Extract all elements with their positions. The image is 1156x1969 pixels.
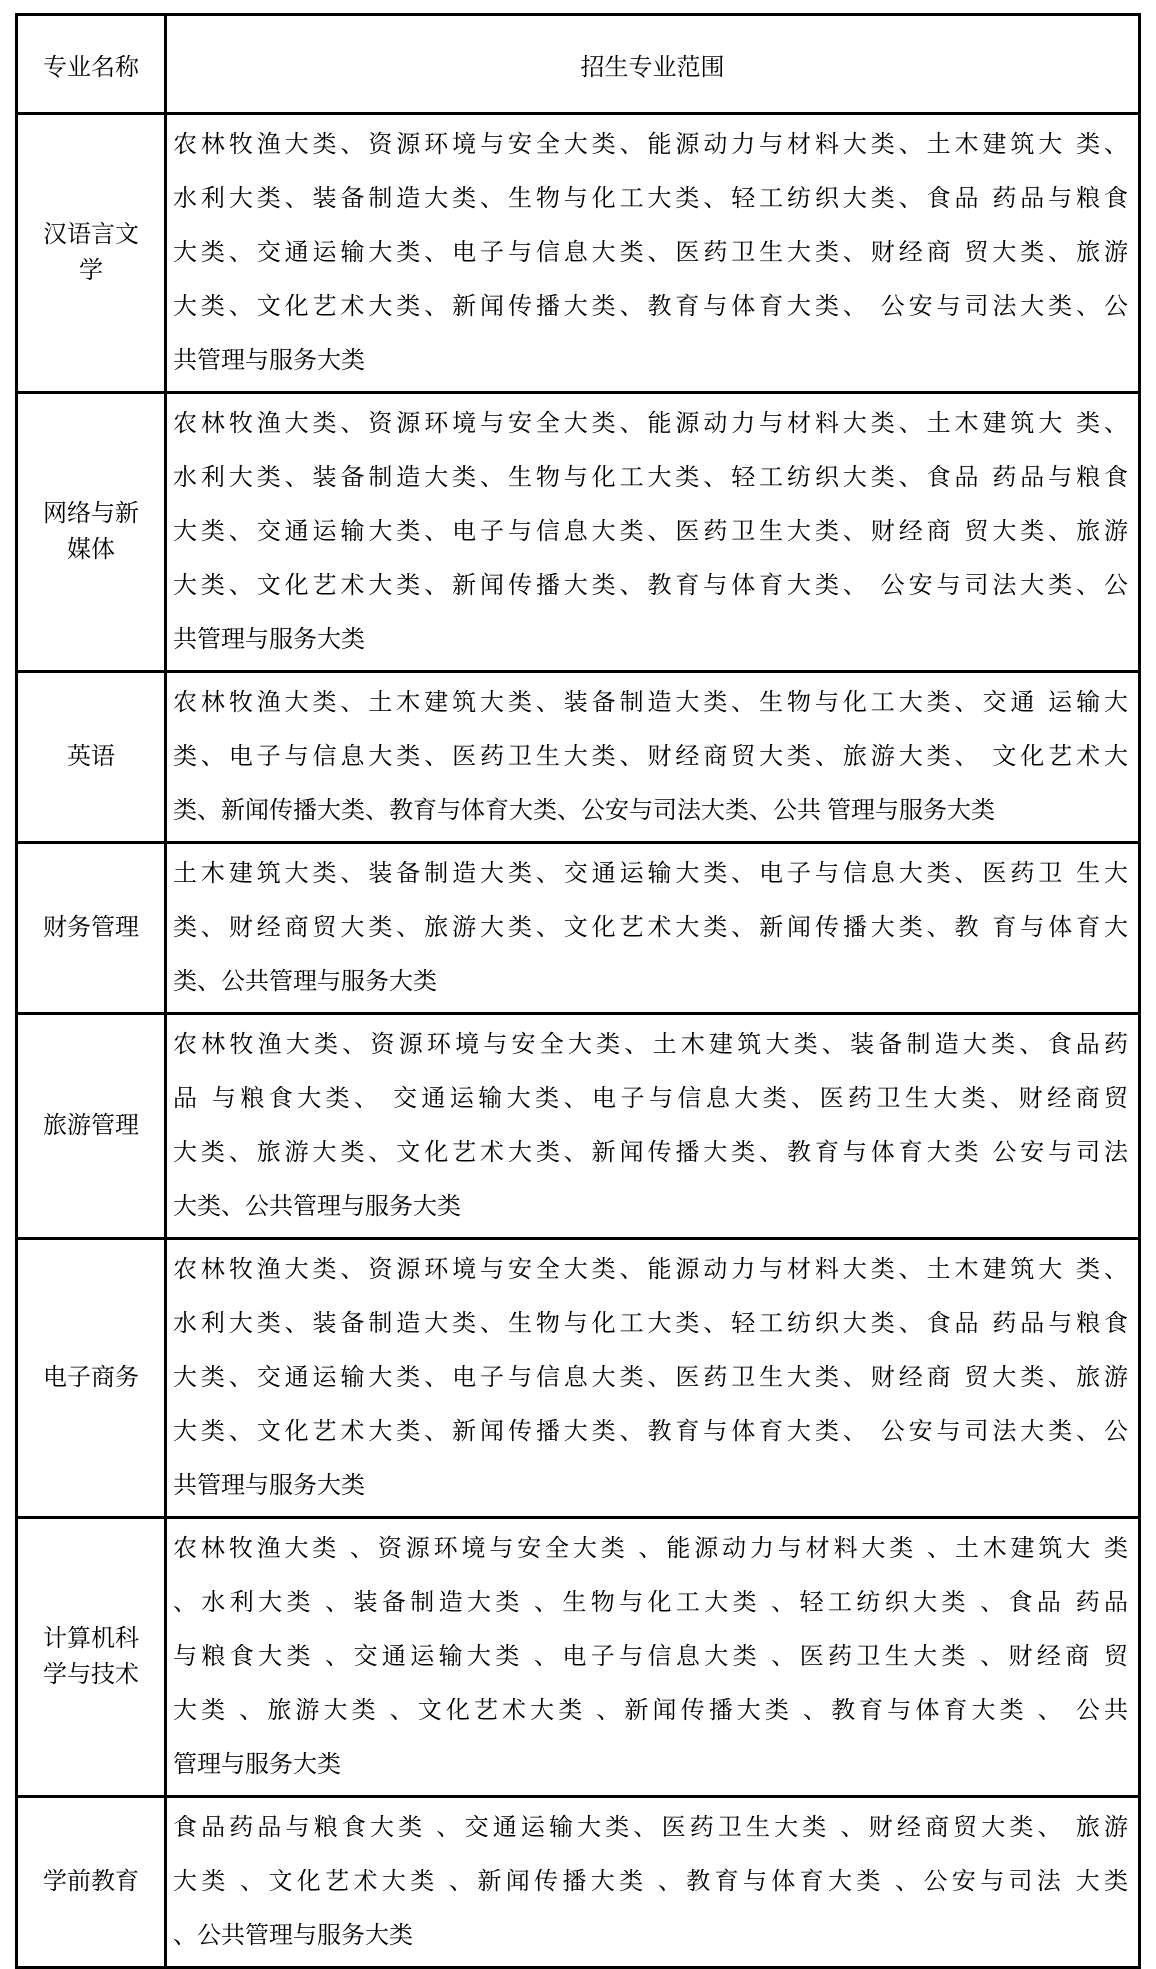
table-row: 计算机科学与技术农林牧渔大类 、资源环境与安全大类 、能源动力与材料大类 、土木… <box>17 1518 1140 1797</box>
table-row: 电子商务农林牧渔大类、资源环境与安全大类、能源动力与材料大类、土木建筑大 类、水… <box>17 1239 1140 1518</box>
scope-cell: 土木建筑大类、装备制造大类、交通运输大类、电子与信息大类、医药卫 生大类、财经商… <box>166 843 1140 1014</box>
scope-text-line: 农林牧渔大类、资源环境与安全大类、能源动力与材料大类、土木建筑大 类、 <box>173 1243 1128 1297</box>
scope-text-line: 大类、交通运输大类、电子与信息大类、医药卫生大类、财经商 贸大类、旅游 <box>173 505 1128 559</box>
scope-text-line: 大类、公共管理与服务大类 <box>173 1180 1128 1234</box>
major-name-cell: 英语 <box>17 672 166 843</box>
scope-text-line: 土木建筑大类、装备制造大类、交通运输大类、电子与信息大类、医药卫 生大 <box>173 847 1128 901</box>
scope-text-line: 、水利大类 、装备制造大类 、生物与化工大类 、轻工纺织大类 、食品 药品 <box>173 1576 1128 1630</box>
scope-text-line: 农林牧渔大类、资源环境与安全大类、土木建筑大类、装备制造大类、食品药 <box>173 1018 1128 1072</box>
majors-table: 专业名称 招生专业范围 汉语言文学农林牧渔大类、资源环境与安全大类、能源动力与材… <box>15 13 1141 1969</box>
scope-text-line: 食品药品与粮食大类 、交通运输大类、医药卫生大类 、财经商贸大类、 旅游 <box>173 1801 1128 1855</box>
header-row: 专业名称 招生专业范围 <box>17 15 1140 114</box>
scope-text-line: 类、新闻传播大类、教育与体育大类、公安与司法大类、公共 管理与服务大类 <box>173 784 1128 838</box>
document-page: 专业名称 招生专业范围 汉语言文学农林牧渔大类、资源环境与安全大类、能源动力与材… <box>0 0 1156 1969</box>
table-row: 财务管理土木建筑大类、装备制造大类、交通运输大类、电子与信息大类、医药卫 生大类… <box>17 843 1140 1014</box>
major-name-cell: 电子商务 <box>17 1239 166 1518</box>
scope-text-line: 水利大类、装备制造大类、生物与化工大类、轻工纺织大类、食品 药品与粮食 <box>173 172 1128 226</box>
table-row: 学前教育食品药品与粮食大类 、交通运输大类、医药卫生大类 、财经商贸大类、 旅游… <box>17 1797 1140 1968</box>
scope-text-line: 大类、文化艺术大类、新闻传播大类、教育与体育大类、 公安与司法大类、公 <box>173 559 1128 613</box>
scope-text-line: 大类 、旅游大类 、文化艺术大类 、新闻传播大类 、教育与体育大类 、 公共 <box>173 1684 1128 1738</box>
scope-text-line: 共管理与服务大类 <box>173 1459 1128 1513</box>
scope-text-line: 类、公共管理与服务大类 <box>173 955 1128 1009</box>
scope-text-line: 大类、文化艺术大类、新闻传播大类、教育与体育大类、 公安与司法大类、公 <box>173 280 1128 334</box>
major-name-cell: 网络与新媒体 <box>17 393 166 672</box>
scope-text-line: 大类、文化艺术大类、新闻传播大类、教育与体育大类、 公安与司法大类、公 <box>173 1405 1128 1459</box>
scope-cell: 农林牧渔大类、资源环境与安全大类、能源动力与材料大类、土木建筑大 类、水利大类、… <box>166 393 1140 672</box>
header-major-name: 专业名称 <box>17 15 166 114</box>
scope-cell: 农林牧渔大类、资源环境与安全大类、能源动力与材料大类、土木建筑大 类、水利大类、… <box>166 1239 1140 1518</box>
scope-cell: 农林牧渔大类、土木建筑大类、装备制造大类、生物与化工大类、交通 运输大类、电子与… <box>166 672 1140 843</box>
table-row: 英语农林牧渔大类、土木建筑大类、装备制造大类、生物与化工大类、交通 运输大类、电… <box>17 672 1140 843</box>
scope-text-line: 农林牧渔大类、土木建筑大类、装备制造大类、生物与化工大类、交通 运输大 <box>173 676 1128 730</box>
major-name-cell: 财务管理 <box>17 843 166 1014</box>
scope-text-line: 农林牧渔大类、资源环境与安全大类、能源动力与材料大类、土木建筑大 类、 <box>173 397 1128 451</box>
scope-text-line: 农林牧渔大类 、资源环境与安全大类 、能源动力与材料大类 、土木建筑大 类 <box>173 1522 1128 1576</box>
scope-cell: 农林牧渔大类、资源环境与安全大类、土木建筑大类、装备制造大类、食品药品 与粮食大… <box>166 1014 1140 1239</box>
scope-text-line: 类、财经商贸大类、旅游大类、文化艺术大类、新闻传播大类、教 育与体育大 <box>173 901 1128 955</box>
scope-text-line: 大类 、文化艺术大类 、新闻传播大类 、教育与体育大类 、公安与司法 大类 <box>173 1855 1128 1909</box>
scope-text-line: 管理与服务大类 <box>173 1738 1128 1792</box>
scope-text-line: 大类、交通运输大类、电子与信息大类、医药卫生大类、财经商 贸大类、旅游 <box>173 1351 1128 1405</box>
major-name-cell: 学前教育 <box>17 1797 166 1968</box>
scope-cell: 农林牧渔大类 、资源环境与安全大类 、能源动力与材料大类 、土木建筑大 类、水利… <box>166 1518 1140 1797</box>
scope-text-line: 类、电子与信息大类、医药卫生大类、财经商贸大类、旅游大类、 文化艺术大 <box>173 730 1128 784</box>
scope-text-line: 水利大类、装备制造大类、生物与化工大类、轻工纺织大类、食品 药品与粮食 <box>173 451 1128 505</box>
scope-cell: 农林牧渔大类、资源环境与安全大类、能源动力与材料大类、土木建筑大 类、水利大类、… <box>166 114 1140 393</box>
scope-text-line: 与粮食大类 、交通运输大类 、电子与信息大类 、医药卫生大类 、财经商 贸 <box>173 1630 1128 1684</box>
table-row: 网络与新媒体农林牧渔大类、资源环境与安全大类、能源动力与材料大类、土木建筑大 类… <box>17 393 1140 672</box>
header-scope: 招生专业范围 <box>166 15 1140 114</box>
table-row: 旅游管理农林牧渔大类、资源环境与安全大类、土木建筑大类、装备制造大类、食品药品 … <box>17 1014 1140 1239</box>
major-name-cell: 汉语言文学 <box>17 114 166 393</box>
table-body: 汉语言文学农林牧渔大类、资源环境与安全大类、能源动力与材料大类、土木建筑大 类、… <box>17 114 1140 1968</box>
scope-text-line: 农林牧渔大类、资源环境与安全大类、能源动力与材料大类、土木建筑大 类、 <box>173 118 1128 172</box>
major-name-cell: 计算机科学与技术 <box>17 1518 166 1797</box>
scope-text-line: 大类、旅游大类、文化艺术大类、新闻传播大类、教育与体育大类 公安与司法 <box>173 1126 1128 1180</box>
scope-cell: 食品药品与粮食大类 、交通运输大类、医药卫生大类 、财经商贸大类、 旅游大类 、… <box>166 1797 1140 1968</box>
scope-text-line: 品 与粮食大类、 交通运输大类、电子与信息大类、医药卫生大类、财经商贸 <box>173 1072 1128 1126</box>
scope-text-line: 水利大类、装备制造大类、生物与化工大类、轻工纺织大类、食品 药品与粮食 <box>173 1297 1128 1351</box>
scope-text-line: 共管理与服务大类 <box>173 334 1128 388</box>
scope-text-line: 共管理与服务大类 <box>173 613 1128 667</box>
major-name-cell: 旅游管理 <box>17 1014 166 1239</box>
table-row: 汉语言文学农林牧渔大类、资源环境与安全大类、能源动力与材料大类、土木建筑大 类、… <box>17 114 1140 393</box>
scope-text-line: 、公共管理与服务大类 <box>173 1909 1128 1963</box>
scope-text-line: 大类、交通运输大类、电子与信息大类、医药卫生大类、财经商 贸大类、旅游 <box>173 226 1128 280</box>
